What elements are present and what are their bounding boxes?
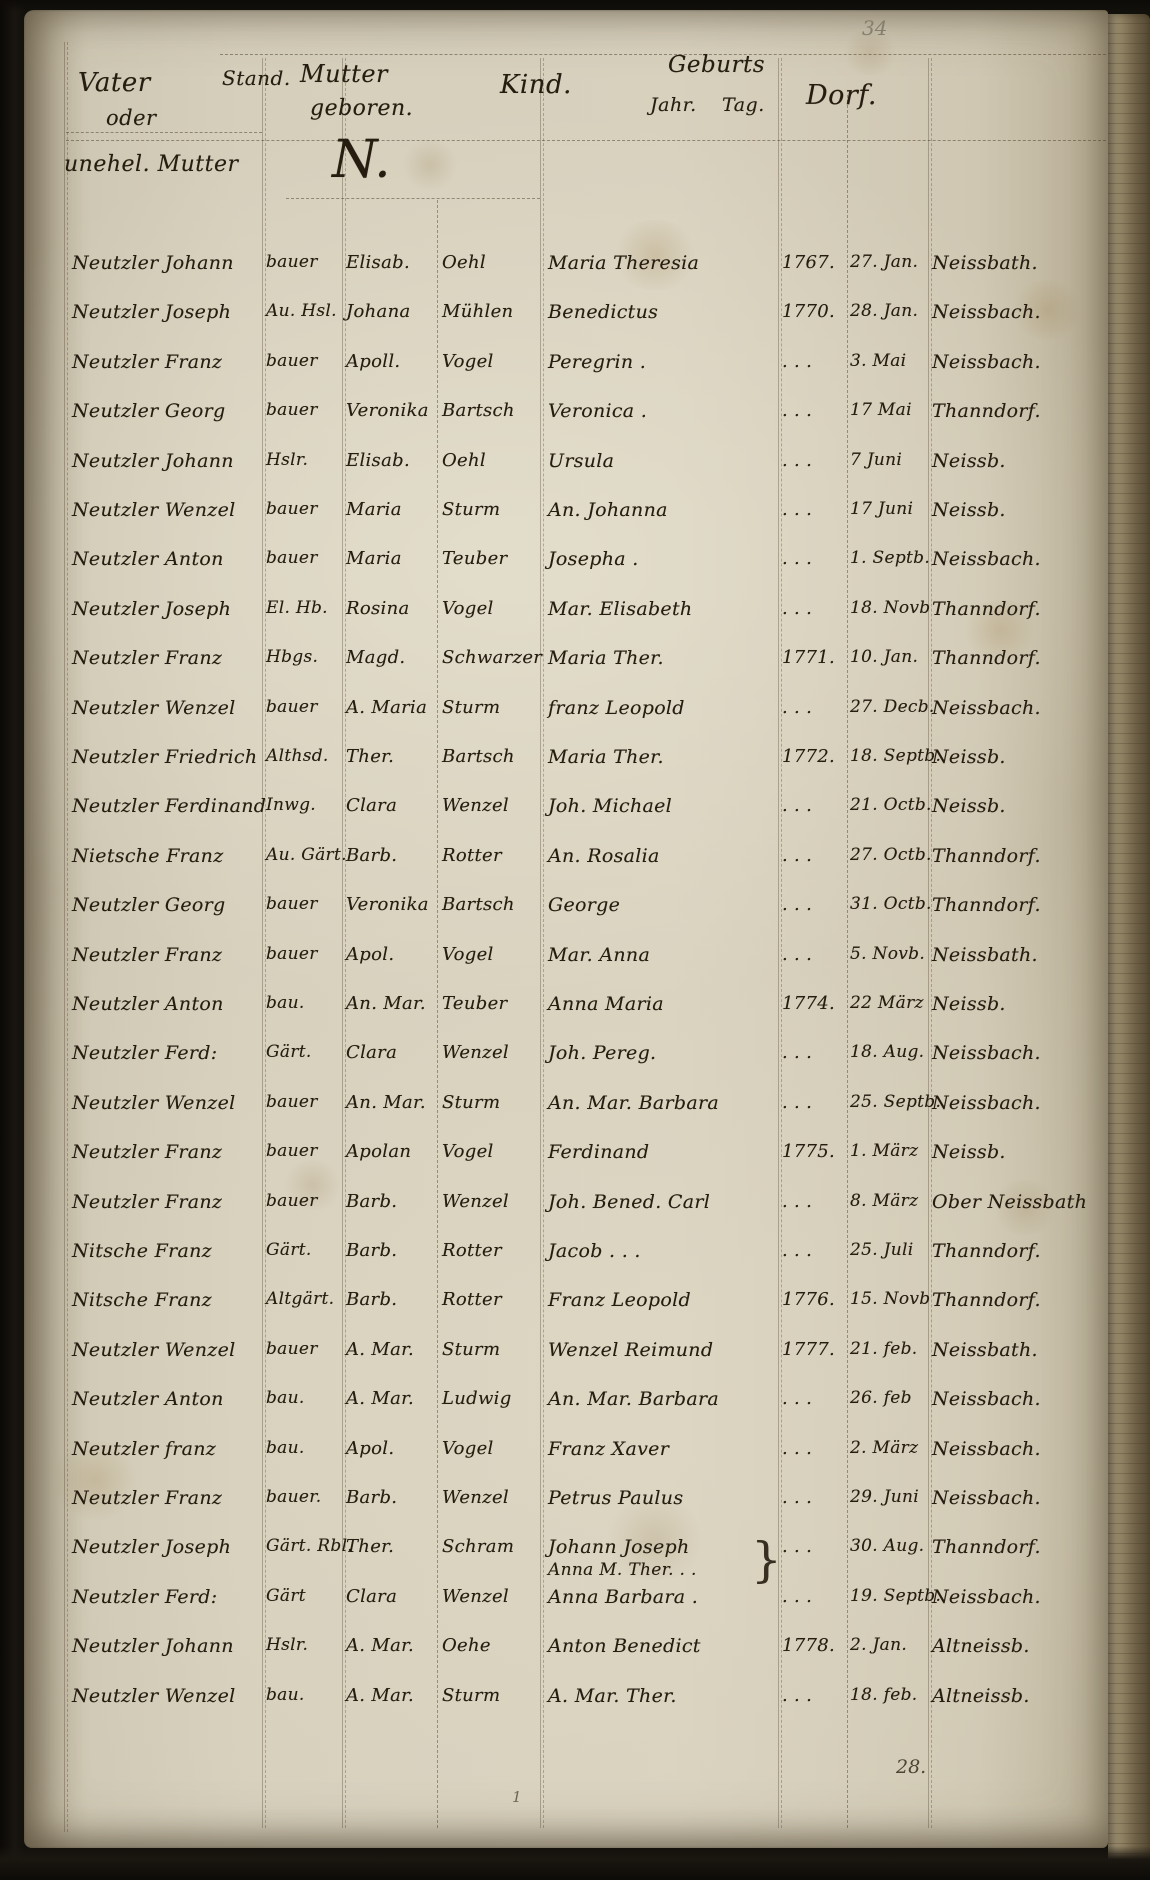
- village-name: Altneissb.: [932, 1685, 1108, 1707]
- father-name: Neutzler Ferd:: [72, 1042, 258, 1064]
- father-name: Neutzler Franz: [72, 1141, 258, 1163]
- father-status: bauer: [266, 1092, 340, 1112]
- father-status: bauer: [266, 1141, 340, 1161]
- child-name: George: [548, 894, 776, 918]
- village-name: Neissbach.: [932, 1042, 1108, 1064]
- birth-year: . . .: [782, 351, 846, 372]
- birth-day: 27. Octb.: [850, 845, 928, 865]
- father-name: Neutzler Johann: [72, 1635, 258, 1657]
- mother-given: Maria: [346, 548, 436, 569]
- birth-year: . . .: [782, 795, 846, 816]
- header-father-line2: oder: [106, 106, 157, 130]
- village-name: Neissb.: [932, 993, 1108, 1015]
- table-row: Nitsche Franz Altgärt. Barb. Rotter Fran…: [0, 1289, 1110, 1339]
- mother-surname: Oehe: [442, 1635, 540, 1656]
- mother-given: Clara: [346, 1042, 436, 1063]
- header-underline: [66, 140, 1106, 141]
- child-name: Joh. Bened. Carl: [548, 1191, 776, 1215]
- father-status: Hslr.: [266, 450, 340, 470]
- birth-day: 1. März: [850, 1141, 928, 1161]
- mother-given: Ther.: [346, 746, 436, 767]
- village-name: Neissbach.: [932, 1092, 1108, 1114]
- section-rule: [286, 198, 540, 199]
- birth-year: 1772.: [782, 746, 846, 767]
- birth-day: 2. März: [850, 1438, 928, 1458]
- mother-surname: Wenzel: [442, 1042, 540, 1063]
- header-birth-day: Tag.: [722, 94, 765, 116]
- village-name: Thanndorf.: [932, 1289, 1108, 1311]
- birth-year: 1774.: [782, 993, 846, 1014]
- father-name: Neutzler Franz: [72, 1191, 258, 1213]
- header-mother-line1: Mutter: [300, 60, 388, 88]
- father-name: Neutzler Johann: [72, 252, 258, 274]
- mother-given: Apol.: [346, 1438, 436, 1459]
- mother-surname: Sturm: [442, 1685, 540, 1706]
- village-name: Neissbach.: [932, 1487, 1108, 1509]
- father-status: Gärt.: [266, 1042, 340, 1062]
- mother-surname: Sturm: [442, 1339, 540, 1360]
- birth-year: . . .: [782, 499, 846, 520]
- child-name: Franz Leopold: [548, 1289, 776, 1313]
- mother-surname: Ludwig: [442, 1388, 540, 1409]
- father-name: Neutzler Franz: [72, 1487, 258, 1509]
- birth-year: . . .: [782, 450, 846, 471]
- table-row: Neutzler Wenzel bauer A. Maria Sturm fra…: [0, 697, 1110, 747]
- mother-given: Magd.: [346, 647, 436, 668]
- mother-surname: Rotter: [442, 1240, 540, 1261]
- father-status: bauer: [266, 1191, 340, 1211]
- birth-year: . . .: [782, 1487, 846, 1508]
- birth-day: 7 Juni: [850, 450, 928, 470]
- table-row: Neutzler Franz Hbgs. Magd. Schwarzer Mar…: [0, 647, 1110, 697]
- mother-surname: Rotter: [442, 1289, 540, 1310]
- birth-day: 18. Septb.: [850, 746, 928, 766]
- table-row: Neutzler Ferd: Gärt. Clara Wenzel Joh. P…: [0, 1042, 1110, 1092]
- father-status: Gärt: [266, 1586, 340, 1606]
- mother-given: Veronika: [346, 400, 436, 421]
- child-name: Maria Theresia: [548, 252, 776, 276]
- father-status: bauer: [266, 499, 340, 519]
- mother-surname: Bartsch: [442, 400, 540, 421]
- child-name: Benedictus: [548, 301, 776, 325]
- mother-surname: Vogel: [442, 944, 540, 965]
- father-status: bauer: [266, 548, 340, 568]
- book-top-edge: [0, 0, 1150, 12]
- village-name: Neissbach.: [932, 1438, 1108, 1460]
- mother-given: Elisab.: [346, 252, 436, 273]
- mother-given: Elisab.: [346, 450, 436, 471]
- page-number-ink: 28.: [896, 1756, 926, 1778]
- father-name: Neutzler Anton: [72, 548, 258, 570]
- child-name: An. Rosalia: [548, 845, 776, 869]
- father-name: Nitsche Franz: [72, 1240, 258, 1262]
- father-status: bau.: [266, 1438, 340, 1458]
- header-stand: Stand.: [222, 66, 291, 90]
- village-name: Thanndorf.: [932, 400, 1108, 422]
- father-status: Althsd.: [266, 746, 340, 766]
- mother-surname: Bartsch: [442, 894, 540, 915]
- mother-given: Ther.: [346, 1536, 436, 1557]
- mother-surname: Vogel: [442, 351, 540, 372]
- father-status: Altgärt.: [266, 1289, 340, 1309]
- birth-year: 1767.: [782, 252, 846, 273]
- child-name: Mar. Elisabeth: [548, 598, 776, 622]
- father-status: Hslr.: [266, 1635, 340, 1655]
- father-name: Neutzler Anton: [72, 993, 258, 1015]
- father-status: bauer: [266, 400, 340, 420]
- table-row: Neutzler Ferd: Gärt Clara Wenzel Anna Ba…: [0, 1586, 1110, 1636]
- village-name: Neissbach.: [932, 548, 1108, 570]
- father-name: Neutzler Johann: [72, 450, 258, 472]
- village-name: Neissbach.: [932, 697, 1108, 719]
- mother-given: Clara: [346, 795, 436, 816]
- table-row: Neutzler Johann Hslr. Elisab. Oehl Ursul…: [0, 450, 1110, 500]
- mother-given: Apoll.: [346, 351, 436, 372]
- mother-surname: Wenzel: [442, 1586, 540, 1607]
- birth-day: 26. feb: [850, 1388, 928, 1408]
- father-status: Au. Hsl.: [266, 301, 340, 321]
- section-letter-N: N.: [332, 130, 391, 190]
- mother-given: A. Mar.: [346, 1388, 436, 1409]
- mother-surname: Vogel: [442, 1438, 540, 1459]
- table-row: Neutzler Wenzel bau. A. Mar. Sturm A. Ma…: [0, 1685, 1110, 1735]
- table-row: Neutzler Franz bauer Apoll. Vogel Peregr…: [0, 351, 1110, 401]
- village-name: Thanndorf.: [932, 894, 1108, 916]
- table-row: Neutzler Friedrich Althsd. Ther. Bartsch…: [0, 746, 1110, 796]
- village-name: Neissb.: [932, 795, 1108, 817]
- birth-year: 1778.: [782, 1635, 846, 1656]
- birth-day: 10. Jan.: [850, 647, 928, 667]
- father-status: bau.: [266, 1388, 340, 1408]
- child-name: Ursula: [548, 450, 776, 474]
- mother-surname: Sturm: [442, 499, 540, 520]
- header-mother-line2: geboren.: [310, 96, 413, 121]
- child-name: An. Johanna: [548, 499, 776, 523]
- table-row: Neutzler Joseph Gärt. Rbl. Ther. Schram …: [0, 1536, 1110, 1586]
- birth-year: 1770.: [782, 301, 846, 322]
- village-name: Neissbach.: [932, 1586, 1108, 1608]
- top-rule: [220, 54, 1106, 55]
- birth-day: 17 Mai: [850, 400, 928, 420]
- birth-day: 25. Juli: [850, 1240, 928, 1260]
- child-name: Peregrin .: [548, 351, 776, 375]
- birth-year: . . .: [782, 1191, 846, 1212]
- child-name: Petrus Paulus: [548, 1487, 776, 1511]
- child-name: An. Mar. Barbara: [548, 1388, 776, 1412]
- father-name: Neutzler Wenzel: [72, 1339, 258, 1361]
- table-row: Neutzler Ferdinand Inwg. Clara Wenzel Jo…: [0, 795, 1110, 845]
- father-status: bau.: [266, 993, 340, 1013]
- header-birth-year: Jahr.: [650, 94, 697, 116]
- page-number-pencil: 34: [862, 16, 887, 40]
- mother-given: Barb.: [346, 1240, 436, 1261]
- birth-day: 21. Octb.: [850, 795, 928, 815]
- village-name: Thanndorf.: [932, 1536, 1108, 1558]
- village-name: Neissbath.: [932, 1339, 1108, 1361]
- table-row: Neutzler Wenzel bauer Maria Sturm An. Jo…: [0, 499, 1110, 549]
- table-row: Neutzler Franz bauer Barb. Wenzel Joh. B…: [0, 1191, 1110, 1241]
- child-name: Joh. Pereg.: [548, 1042, 776, 1066]
- mother-surname: Mühlen: [442, 301, 540, 322]
- father-name: Neutzler Franz: [72, 944, 258, 966]
- table-row: Nietsche Franz Au. Gärt. Barb. Rotter An…: [0, 845, 1110, 895]
- mother-surname: Sturm: [442, 697, 540, 718]
- child-name: Anna Barbara .: [548, 1586, 776, 1610]
- birth-year: . . .: [782, 1092, 846, 1113]
- village-name: Thanndorf.: [932, 598, 1108, 620]
- table-row: Neutzler Johann Hslr. A. Mar. Oehe Anton…: [0, 1635, 1110, 1685]
- birth-day: 1. Septb.: [850, 548, 928, 568]
- child-name: Veronica .: [548, 400, 776, 424]
- twin-brace: }: [751, 1532, 782, 1588]
- header-father-line3: unehel. Mutter: [64, 152, 238, 177]
- birth-year: 1771.: [782, 647, 846, 668]
- village-name: Thanndorf.: [932, 647, 1108, 669]
- table-row: Neutzler Joseph El. Hb. Rosina Vogel Mar…: [0, 598, 1110, 648]
- child-name: Franz Xaver: [548, 1438, 776, 1462]
- header-birth: Geburts: [668, 52, 765, 78]
- mother-surname: Sturm: [442, 1092, 540, 1113]
- table-row: Neutzler Wenzel bauer A. Mar. Sturm Wenz…: [0, 1339, 1110, 1389]
- child-name: Johann JosephAnna M. Ther. . .}: [548, 1536, 776, 1580]
- child-name: franz Leopold: [548, 697, 776, 721]
- village-name: Neissb.: [932, 1141, 1108, 1163]
- mother-given: Apolan: [346, 1141, 436, 1162]
- mother-given: Rosina: [346, 598, 436, 619]
- header-child: Kind.: [500, 70, 572, 100]
- mother-surname: Teuber: [442, 993, 540, 1014]
- header-father-line1: Vater: [78, 68, 151, 98]
- father-name: Neutzler Joseph: [72, 598, 258, 620]
- child-name: Maria Ther.: [548, 647, 776, 671]
- father-name: Neutzler Joseph: [72, 1536, 258, 1558]
- birth-year: . . .: [782, 944, 846, 965]
- birth-year: 1775.: [782, 1141, 846, 1162]
- birth-year: . . .: [782, 1388, 846, 1409]
- father-name: Neutzler Friedrich: [72, 746, 258, 768]
- birth-day: 8. März: [850, 1191, 928, 1211]
- village-name: Altneissb.: [932, 1635, 1108, 1657]
- mother-surname: Wenzel: [442, 795, 540, 816]
- child-name: Jacob . . .: [548, 1240, 776, 1264]
- birth-day: 22 März: [850, 993, 928, 1013]
- mother-given: Barb.: [346, 1191, 436, 1212]
- village-name: Neissbach.: [932, 351, 1108, 373]
- village-name: Neissbath.: [932, 944, 1108, 966]
- father-name: Neutzler Georg: [72, 894, 258, 916]
- father-name: Neutzler Wenzel: [72, 499, 258, 521]
- father-status: bauer: [266, 351, 340, 371]
- birth-day: 31. Octb.: [850, 894, 928, 914]
- birth-year: . . .: [782, 1685, 846, 1706]
- table-row: Neutzler Anton bau. A. Mar. Ludwig An. M…: [0, 1388, 1110, 1438]
- table-row: Neutzler Franz bauer Apolan Vogel Ferdin…: [0, 1141, 1110, 1191]
- mother-given: Johana: [346, 301, 436, 322]
- birth-day: 18. Novb: [850, 598, 928, 618]
- table-row: Neutzler Georg bauer Veronika Bartsch Ve…: [0, 400, 1110, 450]
- child-name: Mar. Anna: [548, 944, 776, 968]
- mother-given: An. Mar.: [346, 993, 436, 1014]
- child-name: Josepha .: [548, 548, 776, 572]
- father-name: Neutzler Franz: [72, 647, 258, 669]
- mother-given: A. Mar.: [346, 1685, 436, 1706]
- mother-surname: Rotter: [442, 845, 540, 866]
- birth-year: . . .: [782, 1536, 846, 1557]
- birth-year: 1776.: [782, 1289, 846, 1310]
- mother-given: Veronika: [346, 894, 436, 915]
- bottom-center-mark: 1: [512, 1788, 522, 1806]
- mother-given: An. Mar.: [346, 1092, 436, 1113]
- child-name: Anton Benedict: [548, 1635, 776, 1659]
- birth-year: 1777.: [782, 1339, 846, 1360]
- father-status: Gärt. Rbl.: [266, 1536, 340, 1556]
- mother-given: Barb.: [346, 845, 436, 866]
- mother-surname: Vogel: [442, 598, 540, 619]
- child-name: Wenzel Reimund: [548, 1339, 776, 1363]
- mother-surname: Wenzel: [442, 1191, 540, 1212]
- mother-surname: Teuber: [442, 548, 540, 569]
- table-row: Neutzler franz bau. Apol. Vogel Franz Xa…: [0, 1438, 1110, 1488]
- table-row: Neutzler Georg bauer Veronika Bartsch Ge…: [0, 894, 1110, 944]
- birth-day: 18. feb.: [850, 1685, 928, 1705]
- father-status: bauer: [266, 252, 340, 272]
- father-name: Neutzler Georg: [72, 400, 258, 422]
- father-status: bau.: [266, 1685, 340, 1705]
- father-name: Neutzler Anton: [72, 1388, 258, 1410]
- father-name: Neutzler Ferdinand: [72, 795, 258, 817]
- birth-year: . . .: [782, 1042, 846, 1063]
- mother-surname: Schram: [442, 1536, 540, 1557]
- father-status: bauer: [266, 1339, 340, 1359]
- father-status: bauer: [266, 944, 340, 964]
- village-name: Thanndorf.: [932, 1240, 1108, 1262]
- child-name: Anna Maria: [548, 993, 776, 1017]
- birth-day: 19. Septb.: [850, 1586, 928, 1606]
- mother-surname: Oehl: [442, 252, 540, 273]
- mother-given: Barb.: [346, 1487, 436, 1508]
- village-name: Neissb.: [932, 499, 1108, 521]
- village-name: Neissb.: [932, 746, 1108, 768]
- village-name: Neissbach.: [932, 1388, 1108, 1410]
- village-name: Neissbach.: [932, 301, 1108, 323]
- birth-day: 27. Decb.: [850, 697, 928, 717]
- birth-day: 21. feb.: [850, 1339, 928, 1359]
- father-status: El. Hb.: [266, 598, 340, 618]
- father-name: Neutzler franz: [72, 1438, 258, 1460]
- table-row: Neutzler Wenzel bauer An. Mar. Sturm An.…: [0, 1092, 1110, 1142]
- birth-day: 17 Juni: [850, 499, 928, 519]
- mother-given: Barb.: [346, 1289, 436, 1310]
- mother-surname: Wenzel: [442, 1487, 540, 1508]
- father-name: Neutzler Joseph: [72, 301, 258, 323]
- father-status: Hbgs.: [266, 647, 340, 667]
- father-status: Inwg.: [266, 795, 340, 815]
- child-name: Joh. Michael: [548, 795, 776, 819]
- father-name: Neutzler Wenzel: [72, 697, 258, 719]
- father-name: Neutzler Wenzel: [72, 1685, 258, 1707]
- table-row: Neutzler Franz bauer. Barb. Wenzel Petru…: [0, 1487, 1110, 1537]
- book-page-edges: [1108, 14, 1150, 1862]
- birth-year: . . .: [782, 598, 846, 619]
- father-name: Nietsche Franz: [72, 845, 258, 867]
- father-status: Au. Gärt.: [266, 845, 340, 865]
- birth-day: 2. Jan.: [850, 1635, 928, 1655]
- child-name: Maria Ther.: [548, 746, 776, 770]
- father-name: Neutzler Franz: [72, 351, 258, 373]
- birth-day: 28. Jan.: [850, 301, 928, 321]
- birth-day: 29. Juni: [850, 1487, 928, 1507]
- father-status: bauer: [266, 697, 340, 717]
- mother-given: Clara: [346, 1586, 436, 1607]
- mother-given: Apol.: [346, 944, 436, 965]
- father-name: Nitsche Franz: [72, 1289, 258, 1311]
- father-status: bauer: [266, 894, 340, 914]
- child-name: Ferdinand: [548, 1141, 776, 1165]
- birth-day: 15. Novb: [850, 1289, 928, 1309]
- birth-year: . . .: [782, 1438, 846, 1459]
- birth-year: . . .: [782, 1240, 846, 1261]
- father-name: Neutzler Ferd:: [72, 1586, 258, 1608]
- father-name: Neutzler Wenzel: [72, 1092, 258, 1114]
- birth-year: . . .: [782, 400, 846, 421]
- mother-surname: Schwarzer: [442, 647, 540, 668]
- table-row: Neutzler Anton bauer Maria Teuber Joseph…: [0, 548, 1110, 598]
- table-row: Neutzler Joseph Au. Hsl. Johana Mühlen B…: [0, 301, 1110, 351]
- birth-day: 27. Jan.: [850, 252, 928, 272]
- birth-year: . . .: [782, 845, 846, 866]
- mother-surname: Bartsch: [442, 746, 540, 767]
- birth-day: 5. Novb.: [850, 944, 928, 964]
- birth-day: 3. Mai: [850, 351, 928, 371]
- header-underline-double: [66, 132, 262, 133]
- book-bottom-edge: [0, 1846, 1150, 1880]
- village-name: Ober Neissbath: [932, 1191, 1108, 1213]
- mother-given: A. Mar.: [346, 1635, 436, 1656]
- birth-year: . . .: [782, 1586, 846, 1607]
- father-status: Gärt.: [266, 1240, 340, 1260]
- birth-day: 18. Aug.: [850, 1042, 928, 1062]
- village-name: Neissb.: [932, 450, 1108, 472]
- mother-surname: Vogel: [442, 1141, 540, 1162]
- birth-year: . . .: [782, 697, 846, 718]
- table-row: Neutzler Anton bau. An. Mar. Teuber Anna…: [0, 993, 1110, 1043]
- village-name: Neissbath.: [932, 252, 1108, 274]
- mother-given: A. Maria: [346, 697, 436, 718]
- header-village: Dorf.: [806, 80, 877, 111]
- table-row: Nitsche Franz Gärt. Barb. Rotter Jacob .…: [0, 1240, 1110, 1290]
- table-row: Neutzler Johann bauer Elisab. Oehl Maria…: [0, 252, 1110, 302]
- table-row: Neutzler Franz bauer Apol. Vogel Mar. An…: [0, 944, 1110, 994]
- father-status: bauer.: [266, 1487, 340, 1507]
- mother-given: Maria: [346, 499, 436, 520]
- birth-day: 30. Aug.: [850, 1536, 928, 1556]
- mother-given: A. Mar.: [346, 1339, 436, 1360]
- village-name: Thanndorf.: [932, 845, 1108, 867]
- mother-surname: Oehl: [442, 450, 540, 471]
- child-name: An. Mar. Barbara: [548, 1092, 776, 1116]
- child-name: A. Mar. Ther.: [548, 1685, 776, 1709]
- birth-year: . . .: [782, 894, 846, 915]
- birth-year: . . .: [782, 548, 846, 569]
- birth-day: 25. Septb.: [850, 1092, 928, 1112]
